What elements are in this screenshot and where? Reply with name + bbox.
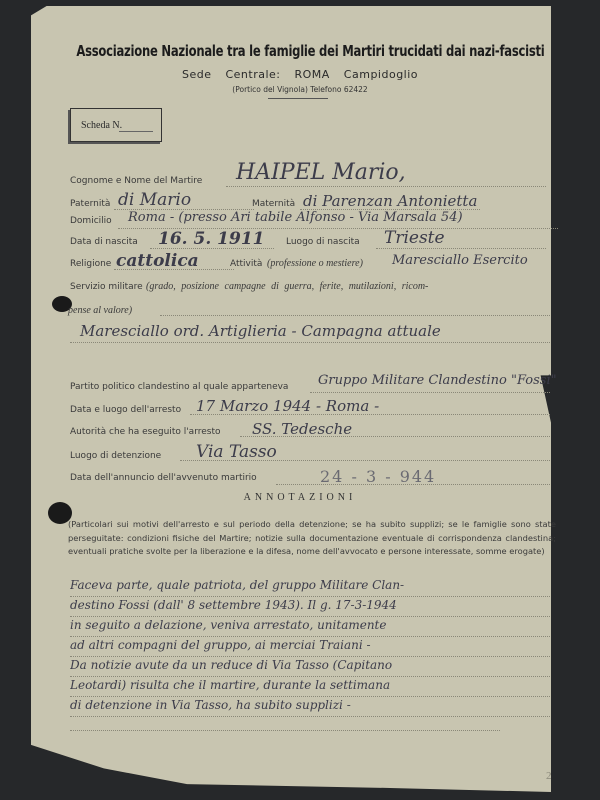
annotation-line: di detenzione in Via Tasso, ha subito su… [70, 698, 560, 712]
label-servizio-note2: pense al valore) [68, 305, 132, 316]
field-line [70, 616, 550, 617]
label-attivita-note: (professione o mestiere) [267, 258, 363, 269]
field-line [226, 186, 546, 187]
field-line [70, 696, 550, 697]
field-line [70, 716, 550, 717]
value-religione: cattolica [116, 251, 199, 271]
label-luogo-nascita: Luogo di nascita [286, 237, 360, 247]
label-attivita: Attività [230, 259, 262, 269]
label-arresto: Data e luogo dell'arresto [70, 405, 181, 415]
field-line [70, 342, 550, 343]
page-number: 2 [546, 770, 552, 782]
field-line [376, 248, 546, 249]
field-line [240, 436, 550, 437]
label-servizio-note: (grado, posizione campagne di guerra, fe… [146, 281, 428, 292]
field-line [70, 730, 500, 731]
value-data-nascita: 16. 5. 1911 [158, 229, 264, 249]
ornament-divider [268, 98, 328, 99]
value-detenzione: Via Tasso [196, 442, 277, 462]
header-subtitle: Sede Centrale: ROMA Campidoglio [40, 68, 560, 81]
label-martirio: Data dell'annuncio dell'avvenuto martiri… [70, 473, 257, 483]
value-arresto: 17 Marzo 1944 - Roma - [196, 397, 379, 415]
field-line [70, 676, 550, 677]
scheda-label: Scheda N. [81, 120, 122, 131]
label-domicilio: Domicilio [70, 216, 112, 226]
value-nome: HAIPEL Mario, [236, 160, 406, 185]
header-address: (Portico del Vignola) Telefono 62422 [40, 85, 560, 94]
label-servizio: Servizio militare [70, 282, 143, 292]
field-line [114, 269, 234, 270]
label-partito: Partito politico clandestino al quale ap… [70, 382, 288, 392]
label-maternita: Maternità [252, 199, 295, 209]
label-paternita: Paternità [70, 199, 110, 209]
field-line [70, 636, 550, 637]
value-servizio: Maresciallo ord. Artiglieria - Campagna … [80, 322, 441, 340]
label-detenzione: Luogo di detenzione [70, 451, 161, 461]
field-line [310, 392, 550, 393]
label-data-nascita: Data di nascita [70, 237, 138, 247]
annotation-line: ad altri compagni del gruppo, ai merciai… [70, 638, 560, 652]
annotation-line: Leotardi) risulta che il martire, durant… [70, 678, 560, 692]
scheda-number-line [119, 131, 153, 132]
value-maternita: di Parenzan Antonietta [303, 192, 477, 210]
annotazioni-description: (Particolari sui motivi dell'arresto e s… [68, 518, 556, 559]
label-nome: Cognome e Nome del Martire [70, 176, 202, 186]
annotation-line: Faceva parte, quale patriota, del gruppo… [70, 578, 560, 592]
field-line [70, 656, 550, 657]
annotazioni-title: ANNOTAZIONI [40, 492, 560, 503]
field-line [276, 484, 550, 485]
value-luogo-nascita: Trieste [384, 228, 445, 248]
field-line [150, 248, 274, 249]
header-title: Associazione Nazionale tra le famiglie d… [76, 42, 523, 60]
label-autorita: Autorità che ha eseguito l'arresto [70, 427, 221, 437]
value-domicilio: Roma - (presso Ari tabile Alfonso - Via … [128, 210, 463, 225]
value-partito: Gruppo Militare Clandestino "Fossi" [318, 373, 557, 388]
scheda-box: Scheda N. [70, 108, 162, 142]
annotation-line: in seguito a delazione, veniva arrestato… [70, 618, 560, 632]
annotation-line: Da notizie avute da un reduce di Via Tas… [70, 658, 560, 672]
value-paternita: di Mario [118, 190, 191, 210]
field-line [190, 414, 550, 415]
value-attivita: Maresciallo Esercito [392, 253, 528, 268]
label-religione: Religione [70, 259, 111, 269]
field-line [70, 596, 550, 597]
field-line [180, 460, 550, 461]
field-line [160, 315, 550, 316]
annotation-line: destino Fossi (dall' 8 settembre 1943). … [70, 598, 560, 612]
